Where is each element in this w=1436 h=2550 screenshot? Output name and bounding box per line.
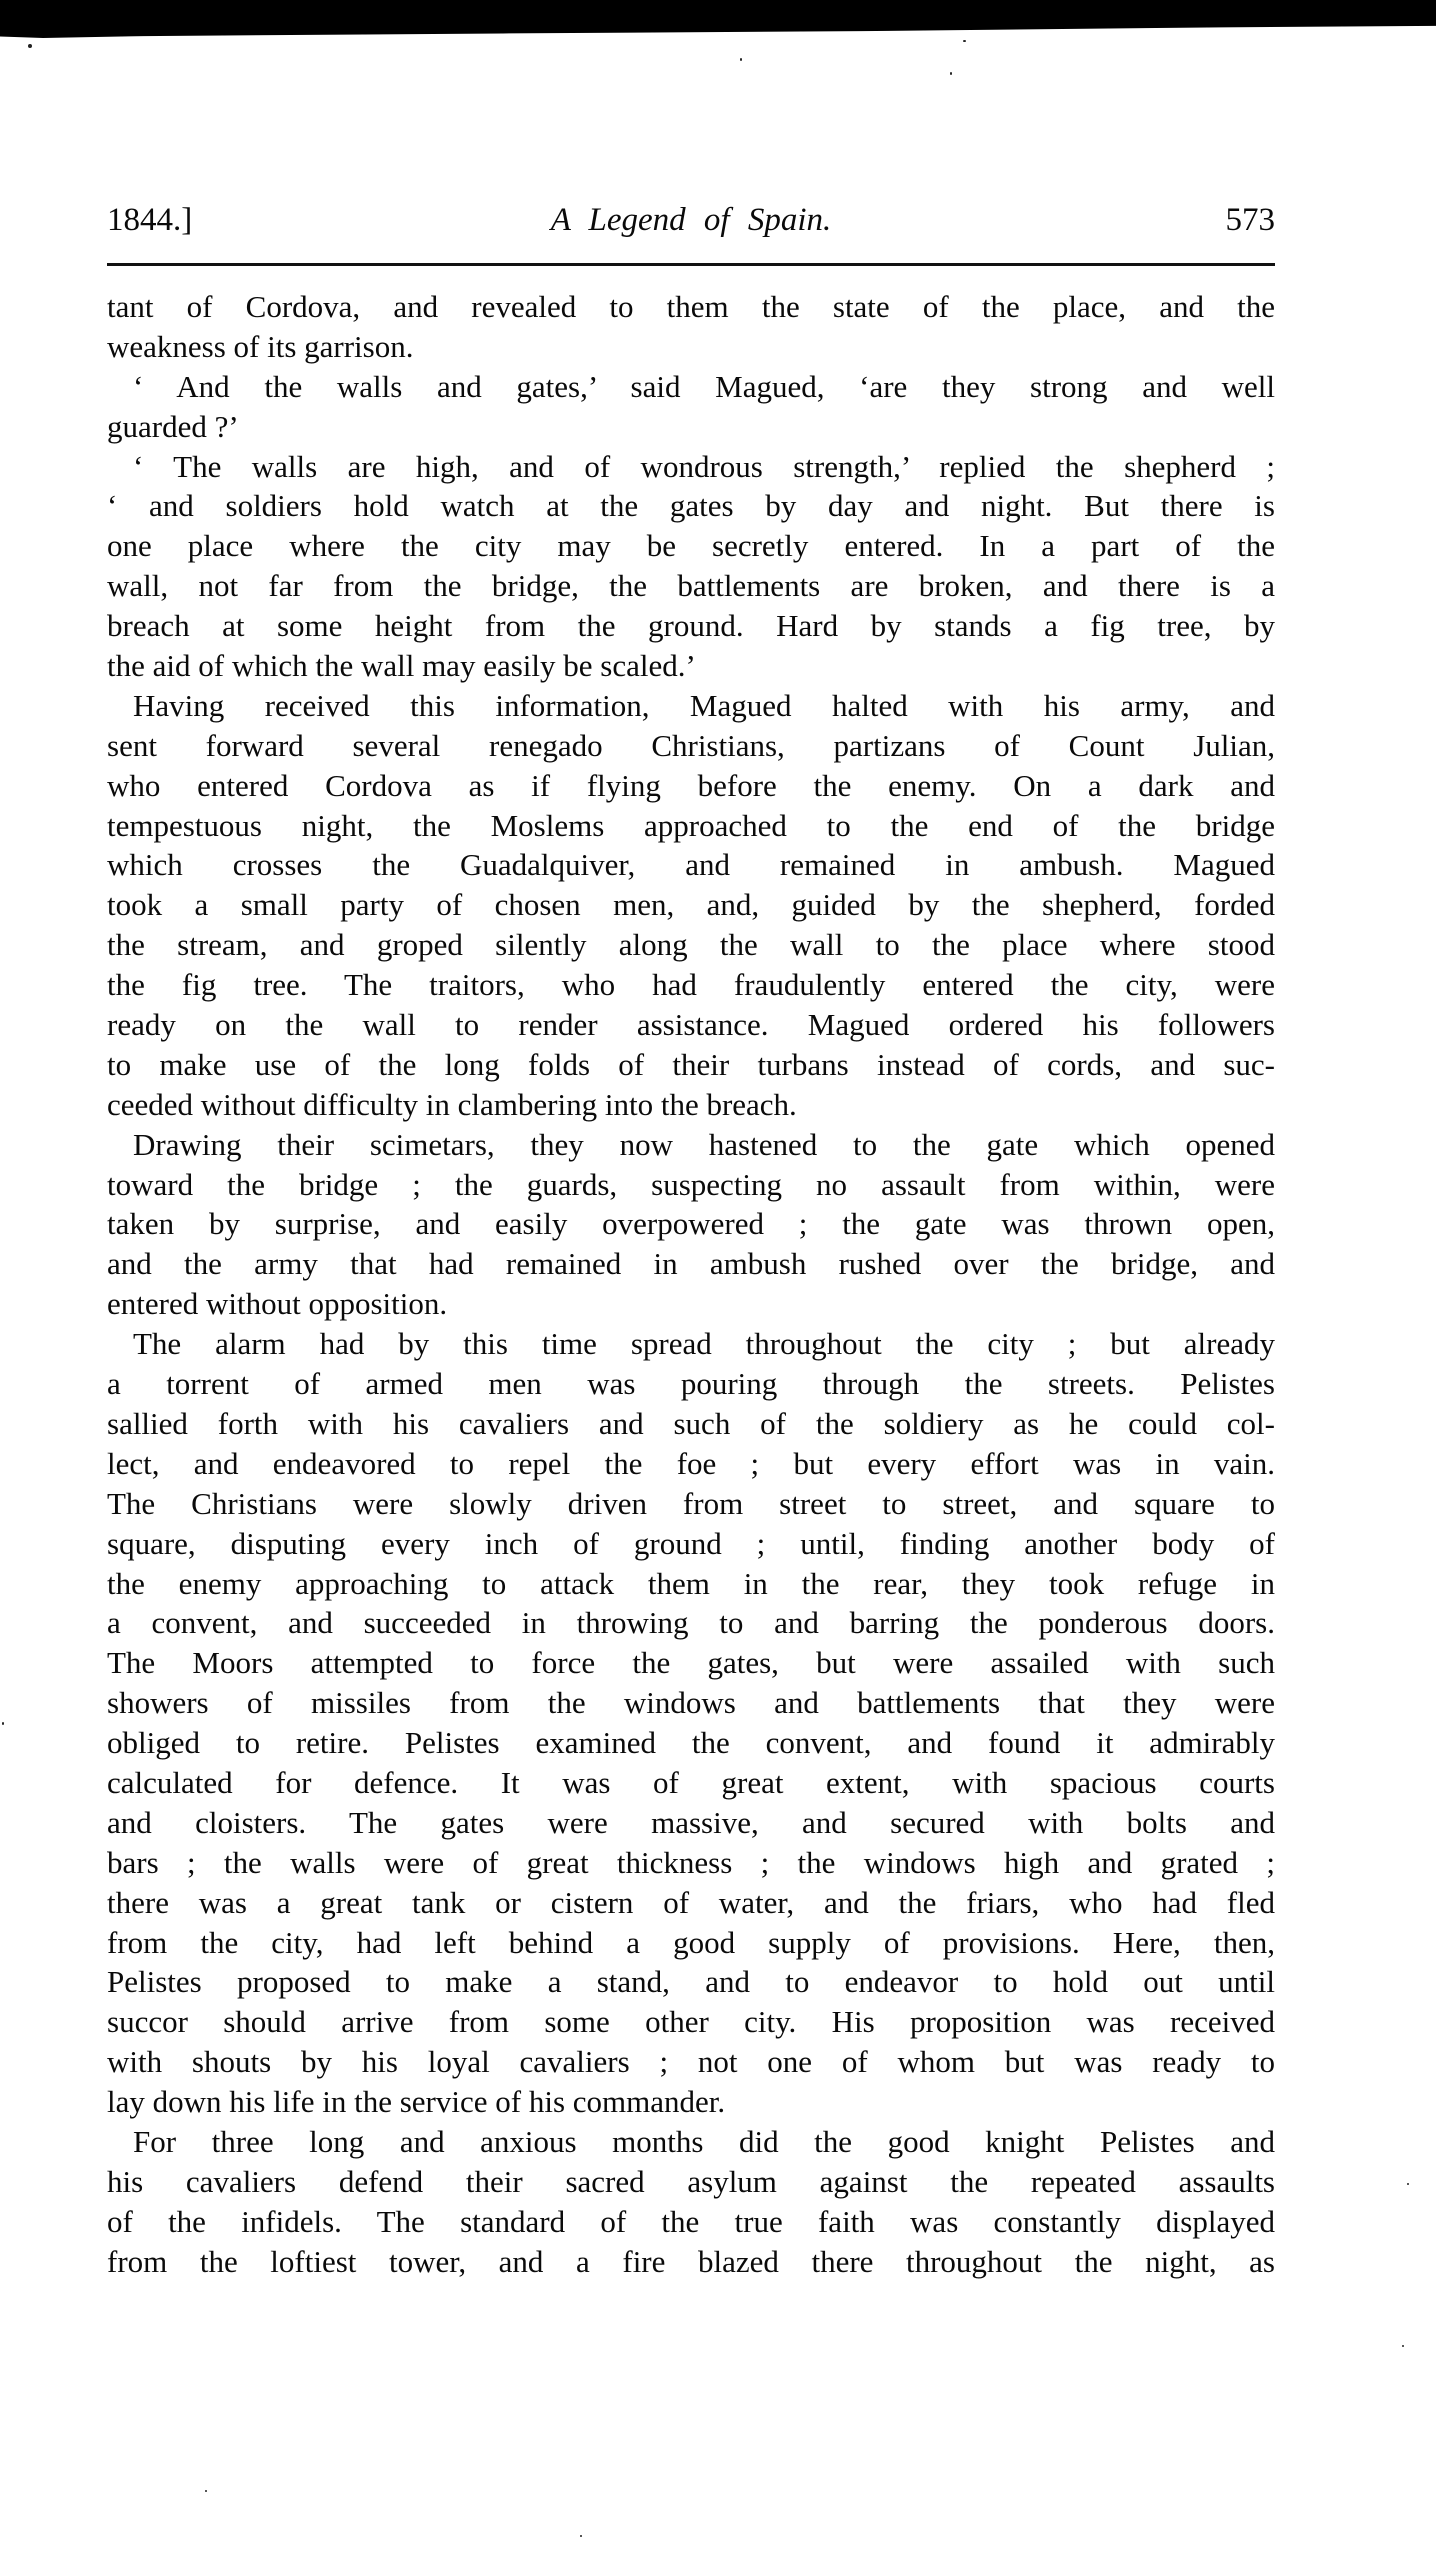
text-line: obliged to retire. Pelistes examined the… [107, 1723, 1275, 1763]
text-line: showers of missiles from the windows and… [107, 1683, 1275, 1723]
text-line: The Moors attempted to force the gates, … [107, 1643, 1275, 1683]
paragraph: ‘ And the walls and gates,’ said Magued,… [107, 367, 1275, 447]
text-line: and the army that had remained in ambush… [107, 1244, 1275, 1284]
text-line: to make use of the long folds of their t… [107, 1045, 1275, 1085]
text-line: which crosses the Guadalquiver, and rema… [107, 845, 1275, 885]
text-line: from the loftiest tower, and a fire blaz… [107, 2242, 1275, 2282]
text-line: entered without opposition. [107, 1284, 1275, 1324]
text-line: a torrent of armed men was pouring throu… [107, 1364, 1275, 1404]
text-line: breach at some height from the ground. H… [107, 606, 1275, 646]
text-line: sallied forth with his cavaliers and suc… [107, 1404, 1275, 1444]
text-line: toward the bridge ; the guards, suspecti… [107, 1165, 1275, 1205]
text-line: Pelistes proposed to make a stand, and t… [107, 1962, 1275, 2002]
header-rule [107, 263, 1275, 266]
scan-speck [740, 58, 742, 61]
text-line: For three long and anxious months did th… [107, 2122, 1275, 2162]
text-line: took a small party of chosen men, and, g… [107, 885, 1275, 925]
text-line: and cloisters. The gates were massive, a… [107, 1803, 1275, 1843]
paragraph: For three long and anxious months did th… [107, 2122, 1275, 2282]
text-line: ‘ and soldiers hold watch at the gates b… [107, 486, 1275, 526]
paragraph: tant of Cordova, and revealed to them th… [107, 287, 1275, 367]
text-line: The Christians were slowly driven from s… [107, 1484, 1275, 1524]
paragraph: The alarm had by this time spread throug… [107, 1324, 1275, 2122]
body-text: tant of Cordova, and revealed to them th… [107, 287, 1275, 2282]
text-line: tempestuous night, the Moslems approache… [107, 806, 1275, 846]
text-line: ‘ And the walls and gates,’ said Magued,… [107, 367, 1275, 407]
text-line: the fig tree. The traitors, who had frau… [107, 965, 1275, 1005]
text-line: who entered Cordova as if flying before … [107, 766, 1275, 806]
text-line: his cavaliers defend their sacred asylum… [107, 2162, 1275, 2202]
text-line: guarded ?’ [107, 407, 1275, 447]
paragraph: Drawing their scimetars, they now hasten… [107, 1125, 1275, 1324]
text-line: ceeded without difficulty in clambering … [107, 1085, 1275, 1125]
text-line: ‘ The walls are high, and of wondrous st… [107, 447, 1275, 487]
text-line: wall, not far from the bridge, the battl… [107, 566, 1275, 606]
text-line: from the city, had left behind a good su… [107, 1923, 1275, 1963]
text-line: succor should arrive from some other cit… [107, 2002, 1275, 2042]
text-line: one place where the city may be secretly… [107, 526, 1275, 566]
text-line: the stream, and groped silently along th… [107, 925, 1275, 965]
scan-speck [963, 40, 966, 42]
scan-speck [580, 2535, 582, 2537]
scan-speck [28, 44, 32, 48]
text-line: weakness of its garrison. [107, 327, 1275, 367]
text-line: Drawing their scimetars, they now hasten… [107, 1125, 1275, 1165]
text-line: of the infidels. The standard of the tru… [107, 2202, 1275, 2242]
paragraph: ‘ The walls are high, and of wondrous st… [107, 447, 1275, 686]
running-head: 1844.] A Legend of Spain. 573 [107, 198, 1275, 242]
text-line: a convent, and succeeded in throwing to … [107, 1603, 1275, 1643]
scan-speck [1402, 2345, 1404, 2347]
running-head-title: A Legend of Spain. [107, 198, 1275, 242]
text-line: tant of Cordova, and revealed to them th… [107, 287, 1275, 327]
text-line: the enemy approaching to attack them in … [107, 1564, 1275, 1604]
scan-top-edge-shadow [0, 0, 1436, 38]
scan-speck [950, 72, 952, 75]
text-line: ready on the wall to render assistance. … [107, 1005, 1275, 1045]
scan-speck [205, 2490, 207, 2492]
text-line: the aid of which the wall may easily be … [107, 646, 1275, 686]
text-line: lay down his life in the service of his … [107, 2082, 1275, 2122]
text-line: bars ; the walls were of great thickness… [107, 1843, 1275, 1883]
paragraph: Having received this information, Magued… [107, 686, 1275, 1125]
scan-speck [2, 1722, 4, 1725]
text-line: The alarm had by this time spread throug… [107, 1324, 1275, 1364]
text-line: with shouts by his loyal cavaliers ; not… [107, 2042, 1275, 2082]
text-line: square, disputing every inch of ground ;… [107, 1524, 1275, 1564]
text-line: calculated for defence. It was of great … [107, 1763, 1275, 1803]
text-line: there was a great tank or cistern of wat… [107, 1883, 1275, 1923]
text-line: lect, and endeavored to repel the foe ; … [107, 1444, 1275, 1484]
text-line: sent forward several renegado Christians… [107, 726, 1275, 766]
page-number: 573 [1226, 198, 1276, 242]
scan-speck [1407, 2183, 1409, 2185]
text-line: Having received this information, Magued… [107, 686, 1275, 726]
text-line: taken by surprise, and easily overpowere… [107, 1204, 1275, 1244]
